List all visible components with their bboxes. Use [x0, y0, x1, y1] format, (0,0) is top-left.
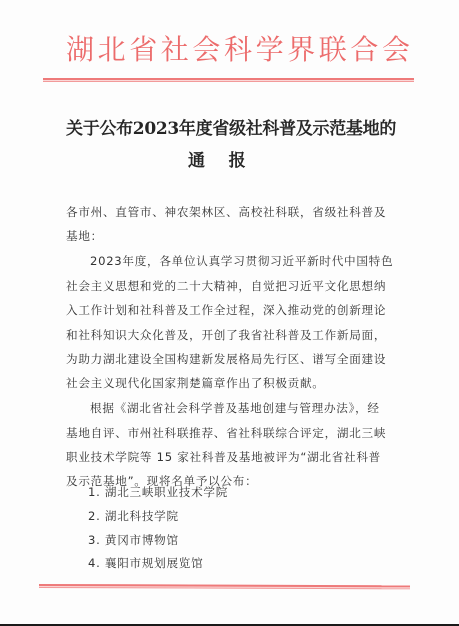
- organization-header: 湖北省社会科学界联合会: [66, 33, 392, 67]
- document-subtitle: 通 报: [188, 149, 268, 173]
- list-item: 1. 湖北三峡职业技术学院: [88, 484, 228, 500]
- paragraph-line: 2023年度，各单位认真学习贯彻习近平新时代中国特色: [90, 253, 393, 269]
- footer-red-rule: [39, 584, 410, 589]
- list-item: 4. 襄阳市规划展览馆: [88, 555, 203, 571]
- paragraph-line: 基地自评、市州社科联推荐、省社科联综合评定，湖北三峡: [66, 425, 386, 441]
- salutation-line: 基地：: [66, 228, 103, 244]
- paragraph-line: 社会主义思想和党的二十大精神，自觉把习近平文化思想纳: [66, 278, 386, 294]
- paragraph-line: 和社科知识大众化普及，开创了我省社科普及工作新局面，: [66, 327, 386, 343]
- list-item: 2. 湖北科技学院: [88, 508, 179, 524]
- paragraph-line: 入工作计划和社科普及工作全过程，深入推动党的创新理论: [66, 302, 386, 318]
- paragraph-line: 职业技术学院等 15 家社科普及基地被评为“湖北省社科普: [66, 449, 381, 465]
- paragraph-line: 为助力湖北建设全国构建新发展格局先行区、谱写全面建设: [66, 351, 386, 367]
- document-page: 湖北省社会科学界联合会 关于公布2023年度省级社科普及示范基地的 通 报 各市…: [0, 0, 459, 624]
- header-red-rule: [43, 78, 414, 82]
- salutation-line: 各市州、直管市、神农架林区、高校社科联，省级社科普及: [66, 204, 386, 220]
- paragraph-line: 社会主义现代化国家荆楚篇章作出了积极贡献。: [66, 375, 325, 391]
- paragraph-line: 根据《湖北省社会科学普及基地创建与管理办法》，经: [90, 400, 380, 416]
- document-title: 关于公布2023年度省级社科普及示范基地的: [66, 117, 396, 141]
- list-item: 3. 黄冈市博物馆: [88, 532, 179, 548]
